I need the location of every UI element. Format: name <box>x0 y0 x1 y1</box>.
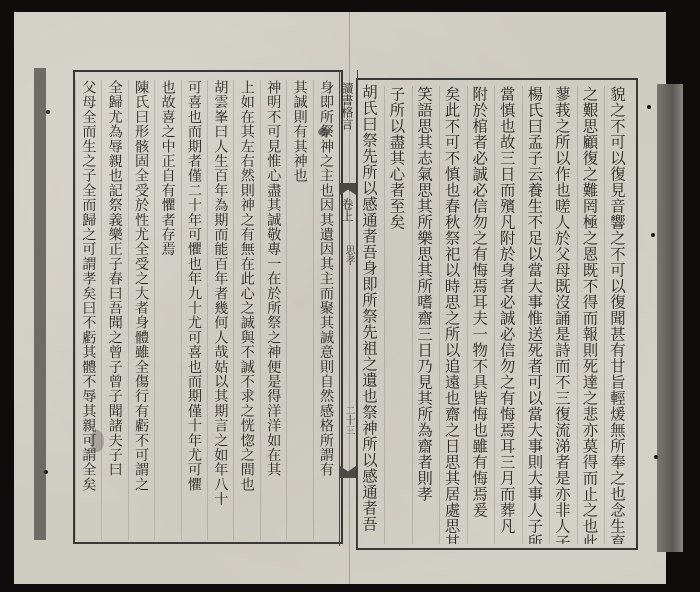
text-column: 附於棺者必誠必信勿之有悔焉耳夫一物不具皆悔也雖有悔焉爰 <box>467 86 495 544</box>
right-page-edge <box>657 84 683 552</box>
text-column: 上如在其左右然則神之有無在此心之誠與不誠不求之恍惚之間也 <box>233 80 259 540</box>
fold-volume-label: 卷上 <box>340 198 356 222</box>
left-page-text: 身即所祭神之主也因其遺因其主而聚其誠意則自然感格所謂有 其誠則有其神也 神明不可… <box>75 80 339 540</box>
binding-hole-mark <box>654 455 658 459</box>
ink-stain <box>318 128 330 136</box>
text-column: 楊氏曰孟子云養生不足以當大事惟送死者可以當大事則大事人子所 <box>522 86 550 544</box>
text-column: 陳氏曰形骸固全受於性尤全受之大者身體雖全傷行有虧不可謂之 <box>128 80 154 540</box>
binding-hole-mark <box>46 110 50 114</box>
text-column: 其誠則有其神也 <box>286 80 312 540</box>
text-column: 蓼莪之所以作也嗟人於父母既沒誦是詩而不三復流涕者是亦非人子也 <box>549 86 577 544</box>
text-column: 貌之不可以復見音響之不可以復聞甚有甘旨輕煖無所奉之也念生育 <box>604 86 632 544</box>
binding-hole-mark <box>651 233 655 237</box>
text-column: 可喜也而期者僅二十年可懼也年九十尤可喜也而期僅十年尤可懼 <box>181 80 207 540</box>
text-column: 神明不可見惟心盡其誠敬專一在於所祭之神便是得洋洋如在其 <box>260 80 286 540</box>
text-column: 當慎也故三日而殯凡附於身者必誠必信勿之有悔焉耳三月而葬凡 <box>494 86 522 544</box>
text-column: 矣此不可不慎也春秋祭祀以時思之所以追遠也齋之日思其居處思其 <box>439 86 467 544</box>
binding-hole-mark <box>647 105 651 109</box>
binding-hole-mark <box>44 470 48 474</box>
fold-book-title: 讀書格言 <box>340 82 356 130</box>
text-column: 子所以盡其心者至矣 <box>384 86 412 544</box>
fold-section-label: 思孝 <box>344 245 356 265</box>
fold-page-number: 二十三 <box>342 405 356 435</box>
text-column: 身即所祭神之主也因其遺因其主而聚其誠意則自然感格所謂有 <box>313 80 339 540</box>
text-column: 之艱思顧復之難罔極之恩既不得而報則死達之悲亦莫得而止之也此 <box>577 86 605 544</box>
text-column: 胡雲峯曰人生百年為期而能百年者幾何人哉姑以其期言之如年八十 <box>207 80 233 540</box>
text-column: 全歸尤為辱親也記祭義樂正子春曰吾聞之曾子曾子聞諸夫子曰 <box>101 80 127 540</box>
text-column: 笑語思其志氣思其所樂思其所嗜齋三日乃見其所為齋者則孝 <box>412 86 440 544</box>
text-column: 父母全而生之子全而歸之可謂孝矣曰不虧其體不辱其親可謂全矣 <box>75 80 101 540</box>
text-column: 也故喜之中正自有懼者存焉 <box>154 80 180 540</box>
right-page-text: 貌之不可以復見音響之不可以復聞甚有甘旨輕煖無所奉之也念生育 之艱思顧復之難罔極之… <box>384 86 632 544</box>
ink-stain <box>90 430 104 452</box>
text-column-next-to-fold: 胡氏曰祭先所以感通者吾身即所祭先祖之遺也祭神所以感通者吾 <box>356 84 382 544</box>
